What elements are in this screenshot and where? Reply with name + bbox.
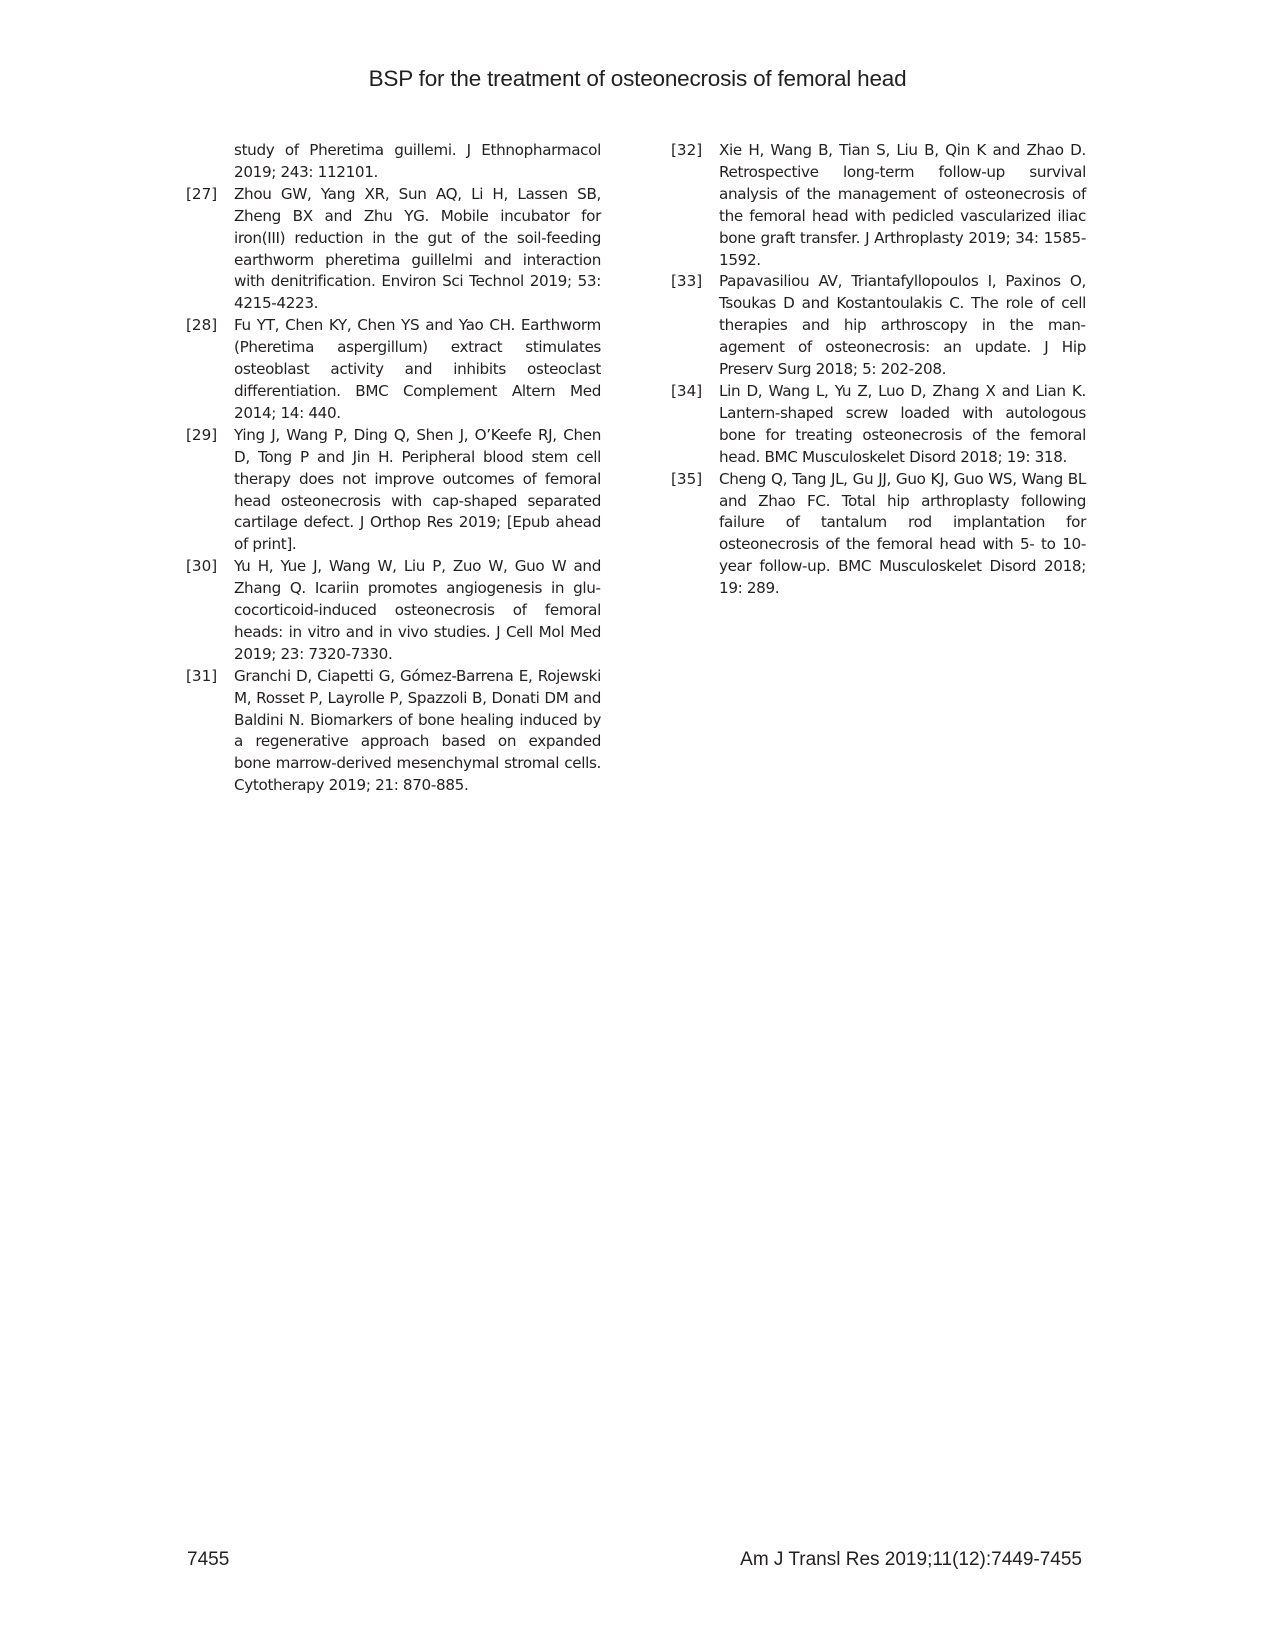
reference-number: [31]: [186, 666, 234, 797]
reference-number: [29]: [186, 425, 234, 556]
reference-item-31: [31] Granchi D, Ciapetti G, Gómez-Barren…: [186, 666, 601, 797]
reference-text: Xie H, Wang B, Tian S, Liu B, Qin K and …: [719, 140, 1086, 271]
reference-text: Lin D, Wang L, Yu Z, Luo D, Zhang X and …: [719, 381, 1086, 469]
references-right-column: [32] Xie H, Wang B, Tian S, Liu B, Qin K…: [671, 140, 1086, 600]
reference-item-29: [29] Ying J, Wang P, Ding Q, Shen J, O’K…: [186, 425, 601, 556]
reference-number: [33]: [671, 271, 719, 381]
journal-citation: Am J Transl Res 2019;11(12):7449-7455: [740, 1549, 1082, 1571]
reference-text: Cheng Q, Tang JL, Gu JJ, Guo KJ, Guo WS,…: [719, 469, 1086, 600]
reference-text: study of Pheretima guillemi. J Ethnophar…: [234, 140, 601, 184]
reference-number: [28]: [186, 315, 234, 425]
page-number: 7455: [187, 1549, 229, 1571]
reference-text: Fu YT, Chen KY, Chen YS and Yao CH. Eart…: [234, 315, 601, 425]
reference-number: [30]: [186, 556, 234, 666]
reference-text: Papavasiliou AV, Triantafyllopoulos I, P…: [719, 271, 1086, 381]
reference-item-35: [35] Cheng Q, Tang JL, Gu JJ, Guo KJ, Gu…: [671, 469, 1086, 600]
reference-item-27: [27] Zhou GW, Yang XR, Sun AQ, Li H, Las…: [186, 184, 601, 315]
reference-number: [34]: [671, 381, 719, 469]
reference-item-26-continued: study of Pheretima guillemi. J Ethnophar…: [186, 140, 601, 184]
references-left-column: study of Pheretima guillemi. J Ethnophar…: [186, 140, 601, 797]
reference-item-28: [28] Fu YT, Chen KY, Chen YS and Yao CH.…: [186, 315, 601, 425]
reference-text: Yu H, Yue J, Wang W, Liu P, Zuo W, Guo W…: [234, 556, 601, 666]
reference-number: [32]: [671, 140, 719, 271]
reference-text: Ying J, Wang P, Ding Q, Shen J, O’Keefe …: [234, 425, 601, 556]
reference-item-34: [34] Lin D, Wang L, Yu Z, Luo D, Zhang X…: [671, 381, 1086, 469]
reference-item-33: [33] Papavasiliou AV, Triantafyllopoulos…: [671, 271, 1086, 381]
reference-number: [27]: [186, 184, 234, 315]
reference-item-30: [30] Yu H, Yue J, Wang W, Liu P, Zuo W, …: [186, 556, 601, 666]
reference-text: Zhou GW, Yang XR, Sun AQ, Li H, Lassen S…: [234, 184, 601, 315]
reference-number: [35]: [671, 469, 719, 600]
running-title: BSP for the treatment of osteonecrosis o…: [0, 66, 1275, 92]
reference-text: Granchi D, Ciapetti G, Gómez-Barrena E, …: [234, 666, 601, 797]
reference-item-32: [32] Xie H, Wang B, Tian S, Liu B, Qin K…: [671, 140, 1086, 271]
